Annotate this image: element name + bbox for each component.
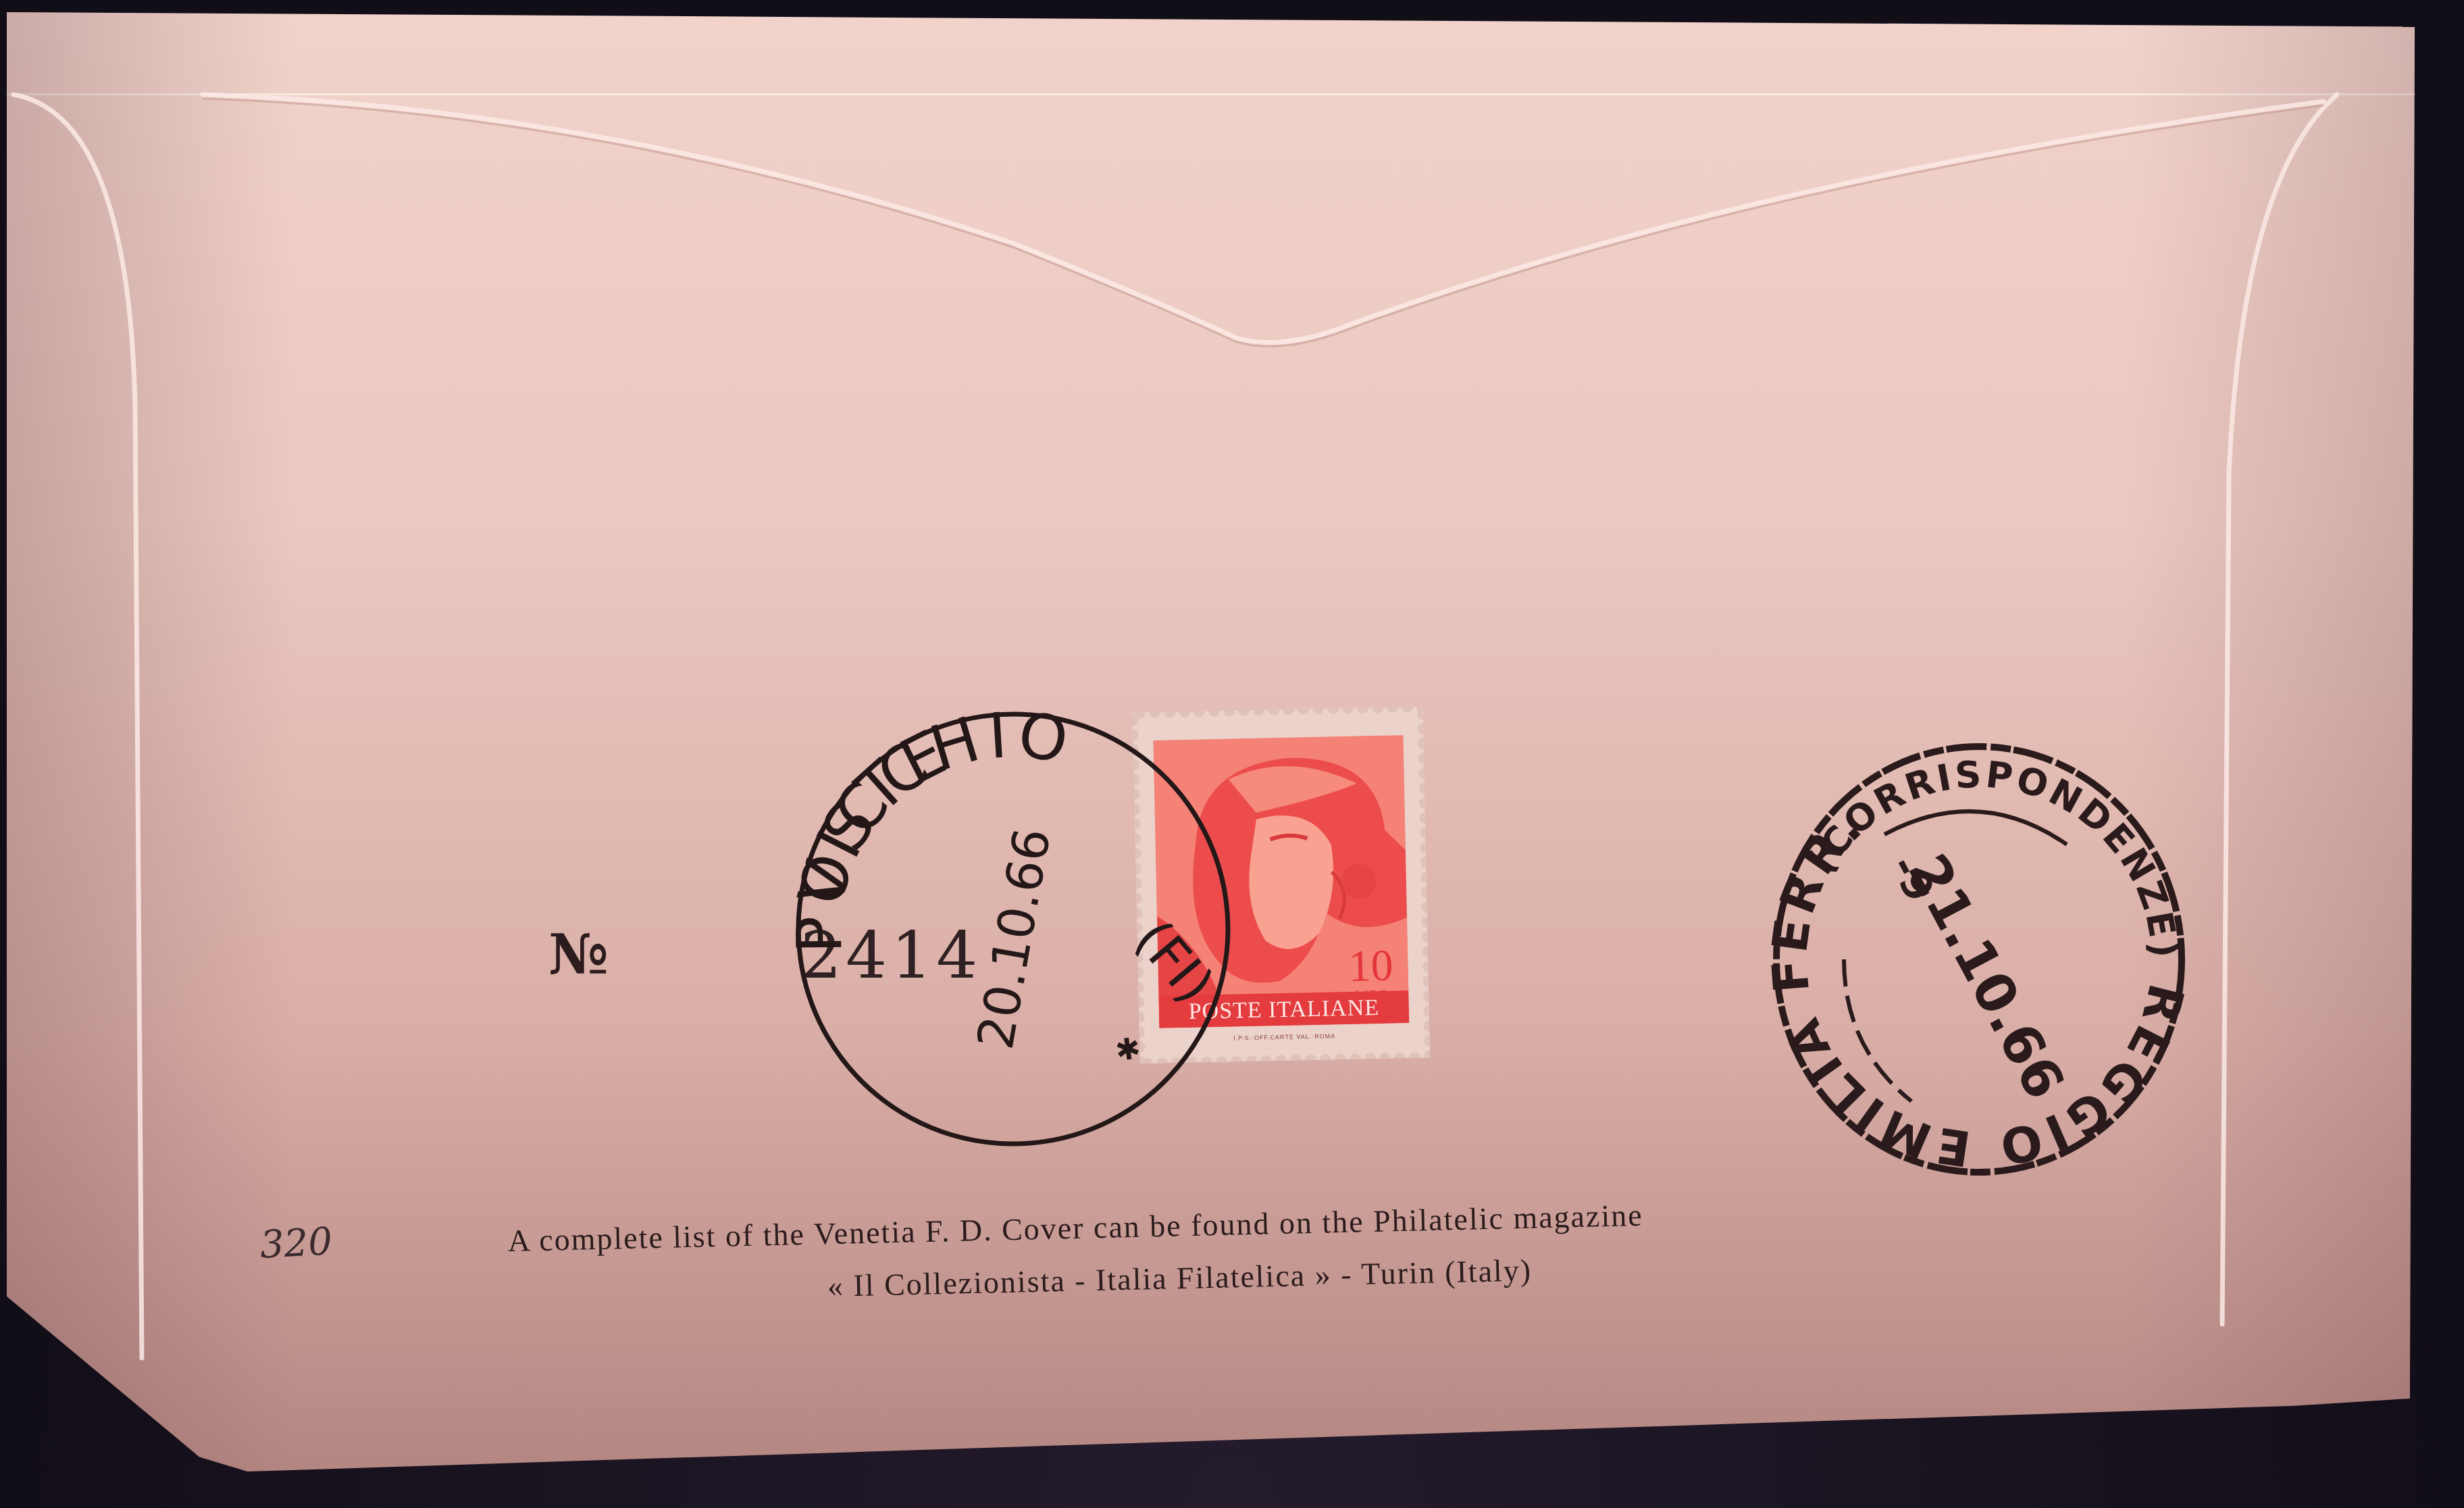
postmark-vicchio: VICCHIO POSTE (FI) ✱ 20.10.66 — [761, 677, 1264, 1180]
serial-number-label: № — [548, 922, 610, 987]
star-icon: ✱ — [1113, 1031, 1143, 1069]
postmark-left-province: (FI) — [1123, 909, 1225, 1015]
top-flap-edge — [7, 93, 2415, 102]
postmark-reggio-emilia: REGGIO EMILIA FERR. (CORRISPONDENZE) 21.… — [1763, 736, 2195, 1182]
handwritten-note: 320 — [259, 1220, 333, 1267]
postmark-left-date: 20.10.66 — [967, 824, 1062, 1053]
